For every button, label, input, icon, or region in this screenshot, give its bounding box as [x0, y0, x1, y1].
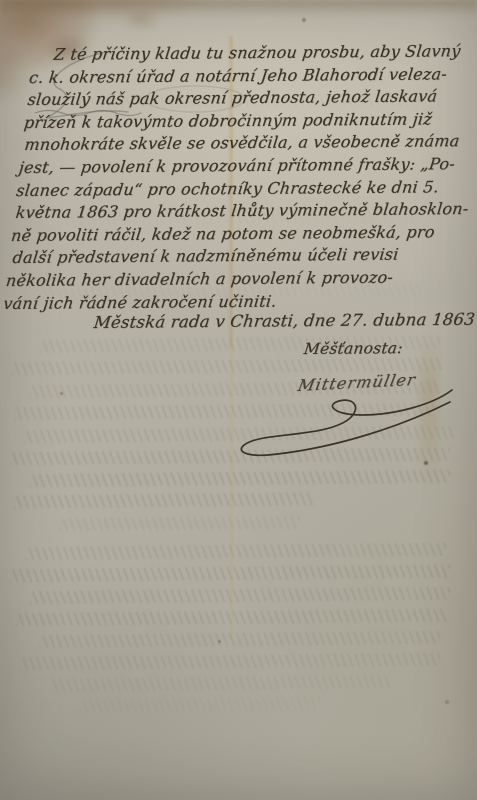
- bleed-through-row: [40, 631, 440, 648]
- bleed-through-row: [14, 492, 314, 508]
- manuscript-line: několika her divadelních a povolení k pr…: [5, 266, 438, 292]
- signature-flourish: [228, 378, 463, 460]
- manuscript-line: jest, — povolení k provozování přítomné …: [18, 153, 451, 179]
- bleed-through-row: [60, 516, 300, 532]
- manuscript-line: Z té příčiny kladu tu snažnou prosbu, ab…: [52, 40, 463, 66]
- manuscript-body: Z té příčiny kladu tu snažnou prosbu, ab…: [2, 40, 463, 315]
- bleed-through-row: [50, 675, 390, 692]
- bleed-through-row: [30, 587, 450, 604]
- manuscript-photo: Z té příčiny kladu tu snažnou prosbu, ab…: [0, 0, 477, 800]
- bleed-through-row: [10, 565, 450, 583]
- dateline: Městská rada v Chrasti, dne 27. dubna 18…: [93, 310, 476, 332]
- bleed-through-row: [20, 653, 440, 670]
- signature-title: Měšťanosta:: [303, 339, 404, 358]
- bleed-through-row: [16, 609, 446, 627]
- bleed-through-row: [26, 543, 446, 560]
- bleed-through-row: [80, 697, 320, 713]
- bleed-through-row: [30, 470, 450, 487]
